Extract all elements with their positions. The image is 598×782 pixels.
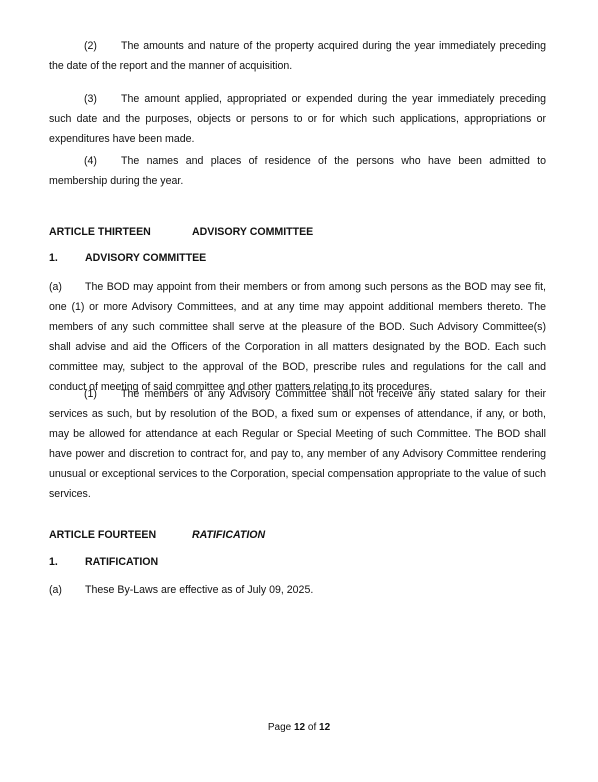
section-heading-advisory: 1. ADVISORY COMMITTEE <box>49 250 58 266</box>
paragraph-text: The names and places of residence of the… <box>49 155 546 187</box>
paragraph-a-advisory: (a)The BOD may appoint from their member… <box>49 277 546 397</box>
paragraph-label: (a) <box>49 277 85 297</box>
paragraph-text: The amounts and nature of the property a… <box>49 40 546 72</box>
footer-middle: of <box>305 722 319 733</box>
page-footer: Page 12 of 12 <box>0 722 598 733</box>
paragraph-number: (4) <box>49 151 121 171</box>
article-label: ARTICLE FOURTEEN <box>49 529 156 541</box>
section-number: 1. <box>49 252 58 264</box>
article-title: RATIFICATION <box>192 527 265 543</box>
paragraph-number: (3) <box>49 89 121 109</box>
article-title: ADVISORY COMMITTEE <box>192 224 313 240</box>
paragraph-2: (2)The amounts and nature of the propert… <box>49 36 546 76</box>
paragraph-text: The members of any Advisory Committee sh… <box>49 388 546 500</box>
paragraph-text: These By-Laws are effective as of July 0… <box>85 584 313 596</box>
paragraph-number: (2) <box>49 36 121 56</box>
section-heading-ratification: 1. RATIFICATION <box>49 554 58 570</box>
section-title: ADVISORY COMMITTEE <box>85 250 206 266</box>
paragraph-4: (4)The names and places of residence of … <box>49 151 546 191</box>
paragraph-text: The BOD may appoint from their members o… <box>49 281 546 393</box>
article-thirteen-heading: ARTICLE THIRTEEN ADVISORY COMMITTEE <box>49 224 151 240</box>
total-page-number: 12 <box>319 722 330 733</box>
article-label: ARTICLE THIRTEEN <box>49 226 151 238</box>
article-fourteen-heading: ARTICLE FOURTEEN RATIFICATION <box>49 527 156 543</box>
paragraph-text: The amount applied, appropriated or expe… <box>49 93 546 145</box>
current-page-number: 12 <box>294 722 305 733</box>
section-number: 1. <box>49 556 58 568</box>
document-page: (2)The amounts and nature of the propert… <box>0 0 598 782</box>
paragraph-label: (a) <box>49 580 85 600</box>
paragraph-a-ratification: (a)These By-Laws are effective as of Jul… <box>49 580 546 600</box>
paragraph-1-advisory: (1)The members of any Advisory Committee… <box>49 384 546 504</box>
section-title: RATIFICATION <box>85 554 158 570</box>
paragraph-3: (3)The amount applied, appropriated or e… <box>49 89 546 149</box>
footer-prefix: Page <box>268 722 294 733</box>
paragraph-number: (1) <box>49 384 121 404</box>
